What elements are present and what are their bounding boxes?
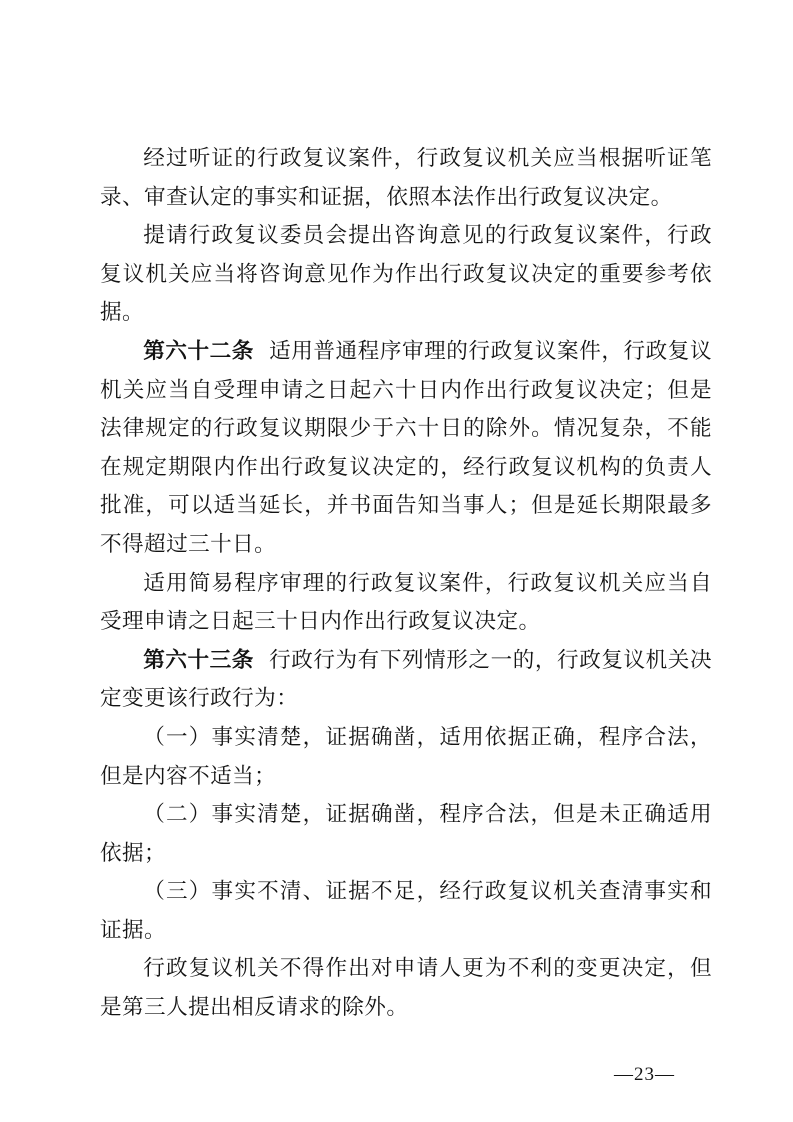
paragraph: 第六十二条适用普通程序审理的行政复议案件，行政复议机关应当自受理申请之日起六十日… — [100, 332, 712, 564]
paragraph: （一）事实清楚，证据确凿，适用依据正确，程序合法，但是内容不适当； — [100, 718, 712, 795]
document-body: 经过听证的行政复议案件，行政复议机关应当根据听证笔录、审查认定的事实和证据，依照… — [100, 139, 712, 1027]
paragraph: 行政复议机关不得作出对申请人更为不利的变更决定，但是第三人提出相反请求的除外。 — [100, 949, 712, 1026]
paragraph: （三）事实不清、证据不足，经行政复议机关查清事实和证据。 — [100, 872, 712, 949]
page-number: —23— — [614, 1064, 675, 1086]
article-number: 第六十二条 — [143, 338, 254, 363]
paragraph: 第六十三条行政行为有下列情形之一的，行政复议机关决定变更该行政行为： — [100, 641, 712, 718]
paragraph: 提请行政复议委员会提出咨询意见的行政复议案件，行政复议机关应当将咨询意见作为作出… — [100, 216, 712, 332]
paragraph: 适用简易程序审理的行政复议案件，行政复议机关应当自受理申请之日起三十日内作出行政… — [100, 564, 712, 641]
paragraph: 经过听证的行政复议案件，行政复议机关应当根据听证笔录、审查认定的事实和证据，依照… — [100, 139, 712, 216]
document-page: 经过听证的行政复议案件，行政复议机关应当根据听证笔录、审查认定的事实和证据，依照… — [0, 0, 793, 1122]
paragraph: （二）事实清楚，证据确凿，程序合法，但是未正确适用依据； — [100, 795, 712, 872]
article-number: 第六十三条 — [143, 647, 254, 672]
